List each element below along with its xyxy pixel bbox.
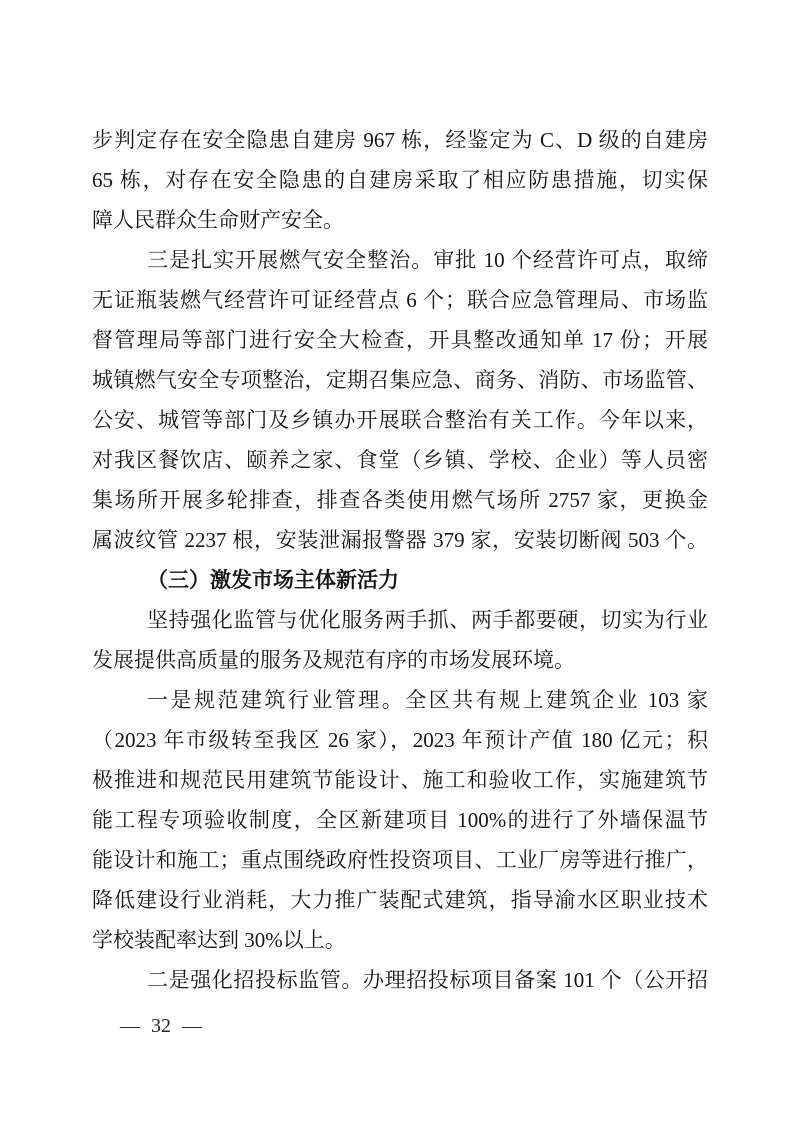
text-line: 督管理局等部门进行安全大检查，开具整改通知单 17 份；开展: [92, 320, 708, 360]
text-line: 三是扎实开展燃气安全整治。审批 10 个经营许可点，取缔: [92, 240, 708, 280]
text-line: 降低建设行业消耗，大力推广装配式建筑，指导渝水区职业技术: [92, 880, 708, 920]
text-line: 学校装配率达到 30%以上。: [92, 920, 708, 960]
text-line: 一是规范建筑行业管理。全区共有规上建筑企业 103 家: [92, 680, 708, 720]
text-line: 无证瓶装燃气经营许可证经营点 6 个；联合应急管理局、市场监: [92, 280, 708, 320]
text-line: 发展提供高质量的服务及规范有序的市场发展环境。: [92, 640, 708, 680]
document-page: 步判定存在安全隐患自建房 967 栋，经鉴定为 C、D 级的自建房 65 栋，对…: [0, 0, 793, 1122]
text-line: 能设计和施工；重点围绕政府性投资项目、工业厂房等进行推广，: [92, 840, 708, 880]
document-body: 步判定存在安全隐患自建房 967 栋，经鉴定为 C、D 级的自建房 65 栋，对…: [92, 120, 708, 1000]
text-line: 公安、城管等部门及乡镇办开展联合整治有关工作。今年以来，: [92, 400, 708, 440]
text-line: 步判定存在安全隐患自建房 967 栋，经鉴定为 C、D 级的自建房: [92, 120, 708, 160]
text-line: （2023 年市级转至我区 26 家），2023 年预计产值 180 亿元；积: [92, 720, 708, 760]
text-line: 属波纹管 2237 根，安装泄漏报警器 379 家，安装切断阀 503 个。: [92, 520, 708, 560]
text-line: 对我区餐饮店、颐养之家、食堂（乡镇、学校、企业）等人员密: [92, 440, 708, 480]
text-line: 能工程专项验收制度，全区新建项目 100%的进行了外墙保温节: [92, 800, 708, 840]
text-line: 坚持强化监管与优化服务两手抓、两手都要硬，切实为行业: [92, 600, 708, 640]
text-line: 障人民群众生命财产安全。: [92, 200, 708, 240]
text-line: 二是强化招投标监管。办理招投标项目备案 101 个（公开招: [92, 960, 708, 1000]
section-heading: （三）激发市场主体新活力: [92, 560, 708, 600]
text-line: 极推进和规范民用建筑节能设计、施工和验收工作，实施建筑节: [92, 760, 708, 800]
text-line: 65 栋，对存在安全隐患的自建房采取了相应防患措施，切实保: [92, 160, 708, 200]
text-line: 集场所开展多轮排查，排查各类使用燃气场所 2757 家，更换金: [92, 480, 708, 520]
page-number: — 32 —: [120, 1013, 202, 1039]
text-line: 城镇燃气安全专项整治，定期召集应急、商务、消防、市场监管、: [92, 360, 708, 400]
